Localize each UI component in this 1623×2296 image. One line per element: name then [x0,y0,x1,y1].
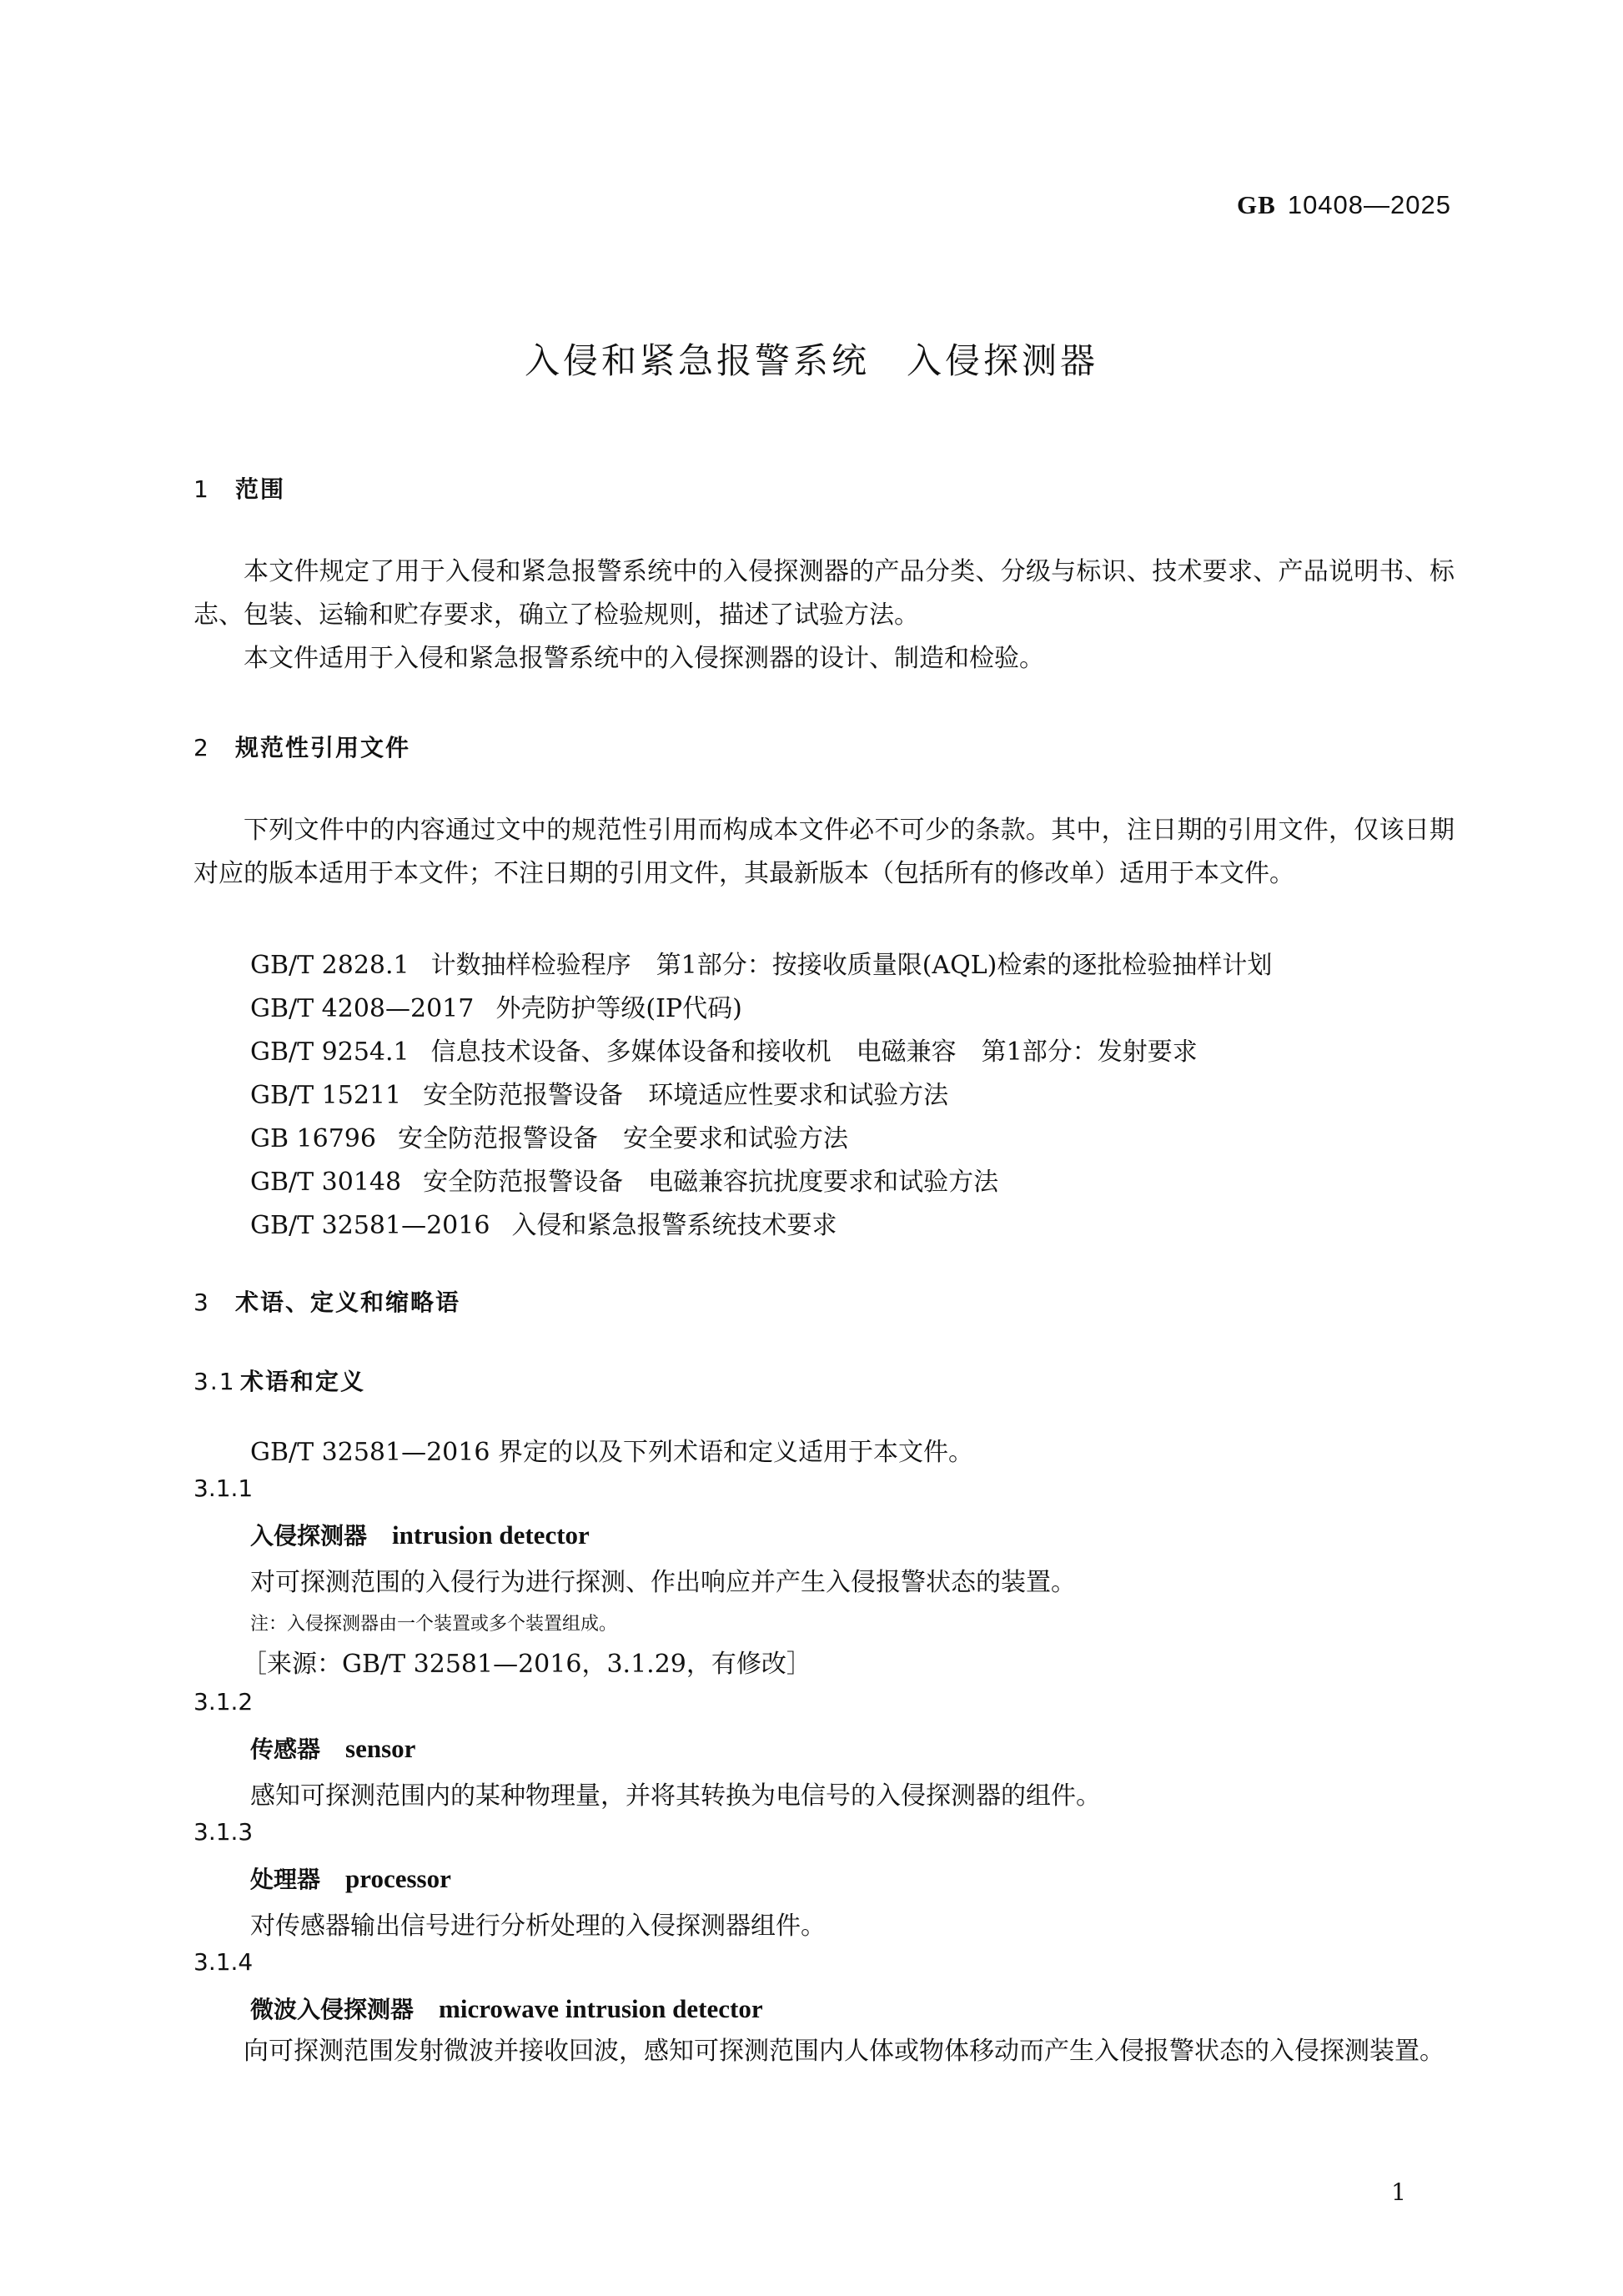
term-number: 3.1.3 [193,1818,253,1846]
section-1-paragraph-2: 本文件适用于入侵和紧急报警系统中的入侵探测器的设计、制造和检验。 [193,637,1455,681]
term-note: 注：入侵探测器由一个装置或多个装置组成。 [250,1610,617,1635]
term-source: ［来源：GB/T 32581—2016，3.1.29，有修改］ [242,1643,811,1680]
term-definition: 感知可探测范围内的某种物理量，并将其转换为电信号的入侵探测器的组件。 [250,1775,1101,1811]
reference-item: GB/T 30148安全防范报警设备 电磁兼容抗扰度要求和试验方法 [250,1161,998,1198]
reference-item: GB 16796安全防范报警设备 安全要求和试验方法 [250,1118,848,1154]
reference-item: GB/T 2828.1计数抽样检验程序 第1部分：按接收质量限(AQL)检索的逐… [250,944,1272,981]
term-definition: 对传感器输出信号进行分析处理的入侵探测器组件。 [250,1905,826,1942]
section-3-heading: 3术语、定义和缩略语 [193,1284,460,1318]
page-number: 1 [1391,2178,1406,2206]
title-part-1: 入侵和紧急报警系统 [525,340,870,381]
section-1-paragraph-1: 本文件规定了用于入侵和紧急报警系统中的入侵探测器的产品分类、分级与标识、技术要求… [193,550,1455,637]
term-heading: 处理器processor [250,1861,451,1895]
section-2-heading: 2规范性引用文件 [193,730,410,763]
section-3-1-heading: 3.1术语和定义 [193,1364,365,1397]
section-3-1-intro: GB/T 32581—2016 界定的以及下列术语和定义适用于本文件。 [250,1431,973,1468]
standard-number: 10408—2025 [1288,190,1451,219]
document-title: 入侵和紧急报警系统入侵探测器 [0,334,1623,384]
term-heading: 传感器sensor [250,1731,415,1765]
standard-code: GB10408—2025 [1237,190,1451,220]
reference-item: GB/T 15211安全防范报警设备 环境适应性要求和试验方法 [250,1074,948,1111]
term-number: 3.1.1 [193,1475,253,1502]
reference-item: GB/T 9254.1信息技术设备、多媒体设备和接收机 电磁兼容 第1部分：发射… [250,1031,1198,1068]
term-heading: 微波入侵探测器microwave intrusion detector [250,1992,763,2025]
section-1-heading: 1范围 [193,471,285,505]
section-2-intro: 下列文件中的内容通过文中的规范性引用而构成本文件必不可少的条款。其中，注日期的引… [193,809,1455,896]
term-heading: 入侵探测器intrusion detector [250,1518,590,1551]
reference-item: GB/T 32581—2016入侵和紧急报警系统技术要求 [250,1204,837,1241]
term-number: 3.1.4 [193,1948,253,1976]
term-definition: 向可探测范围发射微波并接收回波，感知可探测范围内人体或物体移动而产生入侵报警状态… [193,2030,1455,2073]
term-number: 3.1.2 [193,1688,253,1716]
standard-prefix: GB [1237,190,1276,219]
term-definition: 对可探测范围的入侵行为进行探测、作出响应并产生入侵报警状态的装置。 [250,1561,1076,1598]
reference-item: GB/T 4208—2017外壳防护等级(IP代码) [250,987,742,1024]
title-part-2: 入侵探测器 [907,340,1098,381]
